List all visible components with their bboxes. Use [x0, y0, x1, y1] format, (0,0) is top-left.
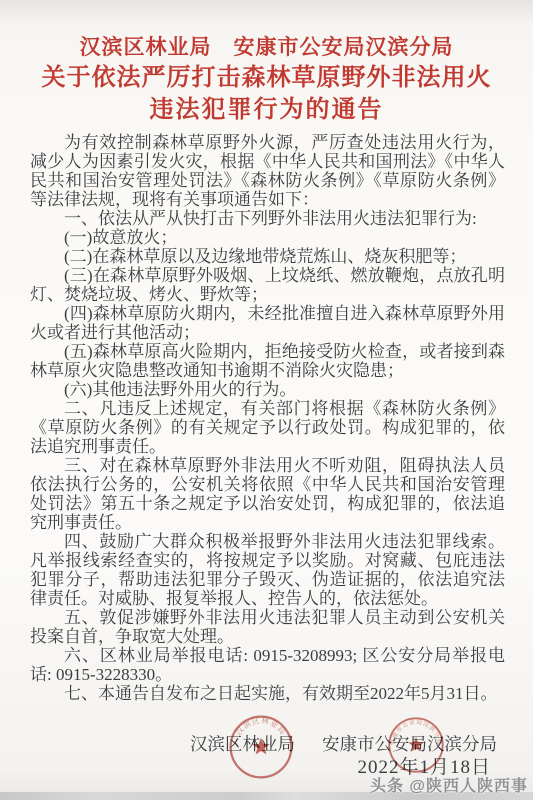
signature-org-police: 安康市公安局汉滨分局	[322, 733, 497, 755]
title-doc-type: 违法犯罪行为的通告	[0, 94, 533, 126]
signature-orgs: 汉滨区林业局 安康市公安局汉滨分局	[190, 733, 497, 755]
notice-paragraph-sub6: (六)其他违法野外用火的行为。	[30, 380, 505, 399]
notice-paragraph-sub2: (二)在森林草原以及边缘地带烧荒炼山、烧灰积肥等；	[30, 247, 505, 266]
notice-paragraph-item6-phones: 六、区林业局举报电话: 0915-3208993; 区公安分局举报电话: 091…	[30, 646, 505, 684]
notice-paragraph-item3: 三、对在森林草原野外非法用火不听劝阻，阻碍执法人员依法执行公务的，公安机关将依照…	[30, 456, 505, 532]
signature-org-forestry: 汉滨区林业局	[190, 733, 295, 755]
notice-paragraph-item2: 二、凡违反上述规定，有关部门将根据《森林防火条例》《草原防火条例》的有关规定予以…	[30, 399, 505, 456]
title-subject-line: 关于依法严厉打击森林草原野外非法用火	[0, 62, 533, 94]
notice-body: 为有效控制森林草原野外火源，严厉查处违法用火行为，减少人为因素引发火灾，根据《中…	[0, 133, 533, 703]
notice-paragraph-sub4: (四)森林草原防火期内，未经批准擅自进入森林草原野外用火或者进行其他活动；	[30, 304, 505, 342]
notice-paragraph-sub1: (一)故意放火；	[30, 228, 505, 247]
title-organizations: 汉滨区林业局 安康市公安局汉滨分局	[0, 33, 533, 62]
notice-paragraph-item1: 一、依法从严从快打击下列野外非法用火违法犯罪行为:	[30, 209, 505, 228]
notice-paragraph-item7: 七、本通告自发布之日起实施，有效期至2022年5月31日。	[30, 684, 505, 703]
notice-paragraph-sub5: (五)森林草原高火险期内，拒绝接受防火检查，或者接到森林草原火灾隐患整改通知书逾…	[30, 342, 505, 380]
notice-paragraph-item5: 五、敦促涉嫌野外非法用火违法犯罪人员主动到公安机关投案自首，争取宽大处理。	[30, 608, 505, 646]
notice-title: 汉滨区林业局 安康市公安局汉滨分局 关于依法严厉打击森林草原野外非法用火 违法犯…	[0, 0, 533, 126]
notice-page: 汉滨区林业局 安康市公安局汉滨分局 关于依法严厉打击森林草原野外非法用火 违法犯…	[0, 0, 533, 800]
notice-paragraph-item4: 四、鼓励广大群众积极举报野外非法用火违法犯罪线索。凡举报线索经查实的，将按规定予…	[30, 532, 505, 608]
toutiao-watermark: 头条 @陕西人陕西事	[370, 773, 528, 796]
notice-paragraph-sub3: (三)在森林草原野外吸烟、上坟烧纸、燃放鞭炮，点放孔明灯、焚烧垃圾、烤火、野炊等…	[30, 266, 505, 304]
notice-paragraph-preamble: 为有效控制森林草原野外火源，严厉查处违法用火行为，减少人为因素引发火灾，根据《中…	[30, 133, 505, 209]
